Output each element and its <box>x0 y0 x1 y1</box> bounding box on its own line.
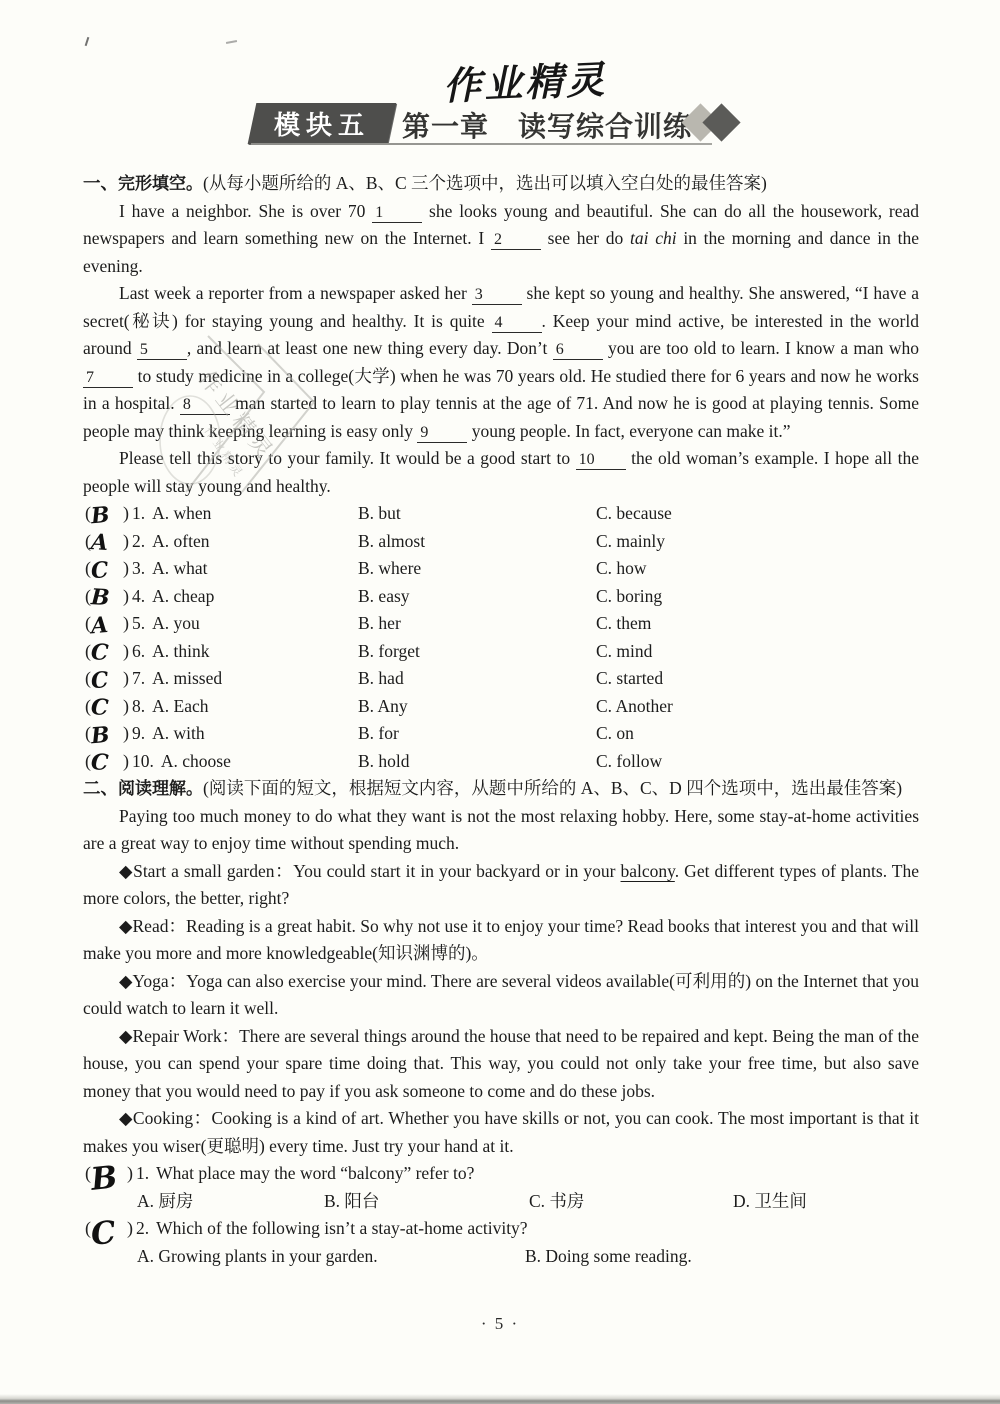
passage-text: young people. In fact, everyone can make… <box>467 421 790 441</box>
passage-paragraph: Please tell this story to your family. I… <box>83 445 919 500</box>
question-number: 6. <box>132 641 145 661</box>
question-number: 2. <box>136 1218 149 1238</box>
handwritten-answer: C <box>91 646 124 660</box>
passage-paragraph: ◆Cooking：Cooking is a kind of art. Wheth… <box>83 1105 919 1160</box>
passage-text: , and learn at least one new thing every… <box>187 338 553 358</box>
handwritten-answer: B <box>91 728 124 743</box>
stray-pen-mark <box>226 40 237 44</box>
numbered-blank-2: 2 <box>491 230 541 250</box>
close-paren: ) <box>123 696 129 716</box>
passage-text: you are too old to learn. I know a man w… <box>603 338 919 358</box>
page-number: · 5 · <box>0 1314 1000 1334</box>
reading-option: B. 阳台 <box>324 1188 529 1216</box>
passage-paragraph: ◆Yoga：Yoga can also exercise your mind. … <box>83 968 919 1023</box>
numbered-blank-5: 5 <box>137 340 187 360</box>
handwritten-answer: A <box>91 536 124 550</box>
passage-text: ◆Repair Work：There are several things ar… <box>83 1026 919 1101</box>
option-a: A. choose <box>161 751 231 771</box>
section2-heading: 二、阅读理解。(阅读下面的短文，根据短文内容，从题中所给的 A、B、C、D 四个… <box>83 775 919 803</box>
numbered-blank-9: 9 <box>417 423 467 443</box>
handwritten-answer: C <box>91 701 124 715</box>
passage-paragraph: ◆Start a small garden：You could start it… <box>83 858 919 913</box>
option-a: A. think <box>152 641 209 661</box>
question-number: 2. <box>132 531 145 551</box>
handwritten-answer: A <box>91 618 124 633</box>
option-b: B. almost <box>358 528 596 556</box>
cloze-question-row: (B)4.A. cheapB. easyC. boring <box>83 583 919 611</box>
cloze-question-row: (C)10.A. chooseB. holdC. follow <box>83 748 919 776</box>
section1-heading: 一、完形填空。(从每小题所给的 A、B、C 三个选项中，选出可以填入空白处的最佳… <box>83 170 919 198</box>
passage-text: ◆Yoga：Yoga can also exercise your mind. … <box>83 971 919 1019</box>
numbered-blank-10: 10 <box>576 450 626 470</box>
cloze-question-cell: (B)1.A. when <box>85 500 358 528</box>
cloze-question-row: (A)2.A. oftenB. almostC. mainly <box>83 528 919 556</box>
question-number: 7. <box>132 668 145 688</box>
option-c: C. how <box>596 555 919 583</box>
handwritten-answer: C <box>91 673 124 688</box>
numbered-blank-6: 6 <box>553 340 603 360</box>
header-rule <box>251 143 712 145</box>
option-b: B. easy <box>358 583 596 611</box>
page-body: 一、完形填空。(从每小题所给的 A、B、C 三个选项中，选出可以填入空白处的最佳… <box>83 170 919 1270</box>
cloze-question-row: (A)5.A. youB. herC. them <box>83 610 919 638</box>
passage-text: ◆Cooking：Cooking is a kind of art. Wheth… <box>83 1108 919 1156</box>
section1-number: 一、 <box>83 173 118 193</box>
passage-paragraph: ◆Read：Reading is a great habit. So why n… <box>83 913 919 968</box>
handwritten-brand-text: 作业精灵 <box>442 48 608 110</box>
passage-text: Please tell this story to your family. I… <box>119 448 576 468</box>
cloze-passage: I have a neighbor. She is over 70 1 she … <box>83 198 919 501</box>
question-number: 1. <box>132 503 145 523</box>
section2-instructions: (阅读下面的短文，根据短文内容，从题中所给的 A、B、C、D 四个选项中，选出最… <box>203 778 902 798</box>
numbered-blank-1: 1 <box>372 203 422 223</box>
close-paren: ) <box>127 1163 133 1183</box>
option-a: A. Each <box>152 696 208 716</box>
passage-paragraph: Last week a reporter from a newspaper as… <box>83 280 919 445</box>
cloze-question-cell: (A)2.A. often <box>85 528 358 556</box>
workbook-page: 作业精灵 模块五 第一章 读写综合训练 一、完形填空。(从每小题所给的 A、B、… <box>0 0 1000 1404</box>
cloze-question-row: (C)8.A. EachB. AnyC. Another <box>83 693 919 721</box>
close-paren: ) <box>123 723 129 743</box>
reading-question-stem: (B)1.What place may the word “balcony” r… <box>83 1160 919 1188</box>
handwritten-answer: C <box>91 756 124 770</box>
section2-title: 阅读理解。 <box>118 779 203 798</box>
close-paren: ) <box>123 586 129 606</box>
cloze-question-cell: (A)5.A. you <box>85 610 358 638</box>
close-paren: ) <box>123 668 129 688</box>
cloze-question-cell: (B)9.A. with <box>85 720 358 748</box>
cloze-question-row: (B)9.A. withB. forC. on <box>83 720 919 748</box>
reading-option: B. Doing some reading. <box>525 1243 919 1271</box>
handwritten-answer: C <box>91 1226 128 1240</box>
section2-number: 二、 <box>83 778 118 798</box>
chapter-title: 第一章 读写综合训练 <box>402 105 692 145</box>
passage-text: Last week a reporter from a newspaper as… <box>119 283 472 303</box>
passage-paragraph: I have a neighbor. She is over 70 1 she … <box>83 198 919 281</box>
close-paren: ) <box>127 1218 133 1238</box>
cloze-question-row: (C)3.A. whatB. whereC. how <box>83 555 919 583</box>
close-paren: ) <box>123 503 129 523</box>
passage-text: see her do <box>541 228 630 248</box>
option-a: A. with <box>152 723 205 743</box>
reading-options-row: A. Growing plants in your garden.B. Doin… <box>137 1243 919 1271</box>
section1-instructions: (从每小题所给的 A、B、C 三个选项中，选出可以填入空白处的最佳答案) <box>203 173 767 193</box>
diamond-decoration-icon <box>702 103 740 141</box>
handwritten-answer: B <box>91 591 124 605</box>
option-c: C. mind <box>596 638 919 666</box>
close-paren: ) <box>123 641 129 661</box>
reading-questions: (B)1.What place may the word “balcony” r… <box>83 1160 919 1270</box>
question-number: 1. <box>136 1163 149 1183</box>
cloze-question-row: (C)7.A. missedB. hadC. started <box>83 665 919 693</box>
numbered-blank-7: 7 <box>83 368 133 388</box>
question-text: What place may the word “balcony” refer … <box>156 1163 474 1183</box>
reading-option: D. 卫生间 <box>733 1188 919 1216</box>
question-number: 9. <box>132 723 145 743</box>
cloze-question-cell: (C)3.A. what <box>85 555 358 583</box>
numbered-blank-4: 4 <box>492 313 542 333</box>
option-c: C. because <box>596 500 919 528</box>
option-a: A. cheap <box>152 586 214 606</box>
option-c: C. them <box>596 610 919 638</box>
passage-text: ◆Read：Reading is a great habit. So why n… <box>83 916 919 964</box>
cloze-answer-grid: (B)1.A. whenB. butC. because(A)2.A. ofte… <box>83 500 919 775</box>
option-b: B. her <box>358 610 596 638</box>
numbered-blank-3: 3 <box>472 285 522 305</box>
cloze-question-cell: (C)8.A. Each <box>85 693 358 721</box>
passage-text: ◆Start a small garden：You could start it… <box>119 861 621 881</box>
cloze-question-cell: (C)7.A. missed <box>85 665 358 693</box>
option-c: C. started <box>596 665 919 693</box>
section1-title: 完形填空。 <box>118 174 203 193</box>
cloze-question-row: (B)1.A. whenB. butC. because <box>83 500 919 528</box>
option-c: C. boring <box>596 583 919 611</box>
numbered-blank-8: 8 <box>180 395 230 415</box>
module-badge: 模块五 <box>248 103 397 144</box>
option-b: B. forget <box>358 638 596 666</box>
passage-paragraph: ◆Repair Work：There are several things ar… <box>83 1023 919 1106</box>
question-number: 4. <box>132 586 145 606</box>
reading-question-stem: (C)2.Which of the following isn’t a stay… <box>83 1215 919 1243</box>
option-c: C. follow <box>596 748 919 776</box>
handwritten-answer: C <box>91 563 124 578</box>
reading-option: C. 书房 <box>529 1188 733 1216</box>
module-badge-label: 模块五 <box>274 105 370 142</box>
option-a: A. missed <box>152 668 222 688</box>
option-b: B. but <box>358 500 596 528</box>
option-b: B. where <box>358 555 596 583</box>
option-a: A. often <box>152 531 209 551</box>
close-paren: ) <box>123 531 129 551</box>
option-b: B. Any <box>358 693 596 721</box>
close-paren: ) <box>123 558 129 578</box>
underlined-word: balcony <box>621 861 675 881</box>
option-a: A. you <box>152 613 200 633</box>
reading-option: A. 厨房 <box>137 1188 324 1216</box>
cloze-question-row: (C)6.A. thinkB. forgetC. mind <box>83 638 919 666</box>
handwritten-answer: B <box>91 1171 128 1185</box>
scan-edge-shadow <box>0 1394 1000 1404</box>
option-c: C. Another <box>596 693 919 721</box>
stray-pen-mark <box>85 37 90 46</box>
option-b: B. for <box>358 720 596 748</box>
cloze-question-cell: (C)6.A. think <box>85 638 358 666</box>
option-b: B. had <box>358 665 596 693</box>
reading-passage: Paying too much money to do what they wa… <box>83 803 919 1161</box>
handwritten-answer: B <box>91 508 124 523</box>
option-a: A. when <box>152 503 211 523</box>
option-c: C. mainly <box>596 528 919 556</box>
option-a: A. what <box>152 558 207 578</box>
italic-term: tai chi <box>630 228 677 248</box>
question-number: 5. <box>132 613 145 633</box>
reading-options-row: A. 厨房B. 阳台C. 书房D. 卫生间 <box>137 1188 919 1216</box>
option-b: B. hold <box>358 748 596 776</box>
passage-paragraph: Paying too much money to do what they wa… <box>83 803 919 858</box>
reading-option: A. Growing plants in your garden. <box>137 1243 525 1271</box>
cloze-question-cell: (C)10.A. choose <box>85 748 358 776</box>
close-paren: ) <box>123 751 129 771</box>
question-text: Which of the following isn’t a stay-at-h… <box>156 1218 527 1238</box>
question-number: 3. <box>132 558 145 578</box>
close-paren: ) <box>123 613 129 633</box>
passage-text: Paying too much money to do what they wa… <box>83 806 919 854</box>
question-number: 8. <box>132 696 145 716</box>
passage-text: I have a neighbor. She is over 70 <box>119 201 372 221</box>
cloze-question-cell: (B)4.A. cheap <box>85 583 358 611</box>
question-number: 10. <box>132 751 154 771</box>
option-c: C. on <box>596 720 919 748</box>
